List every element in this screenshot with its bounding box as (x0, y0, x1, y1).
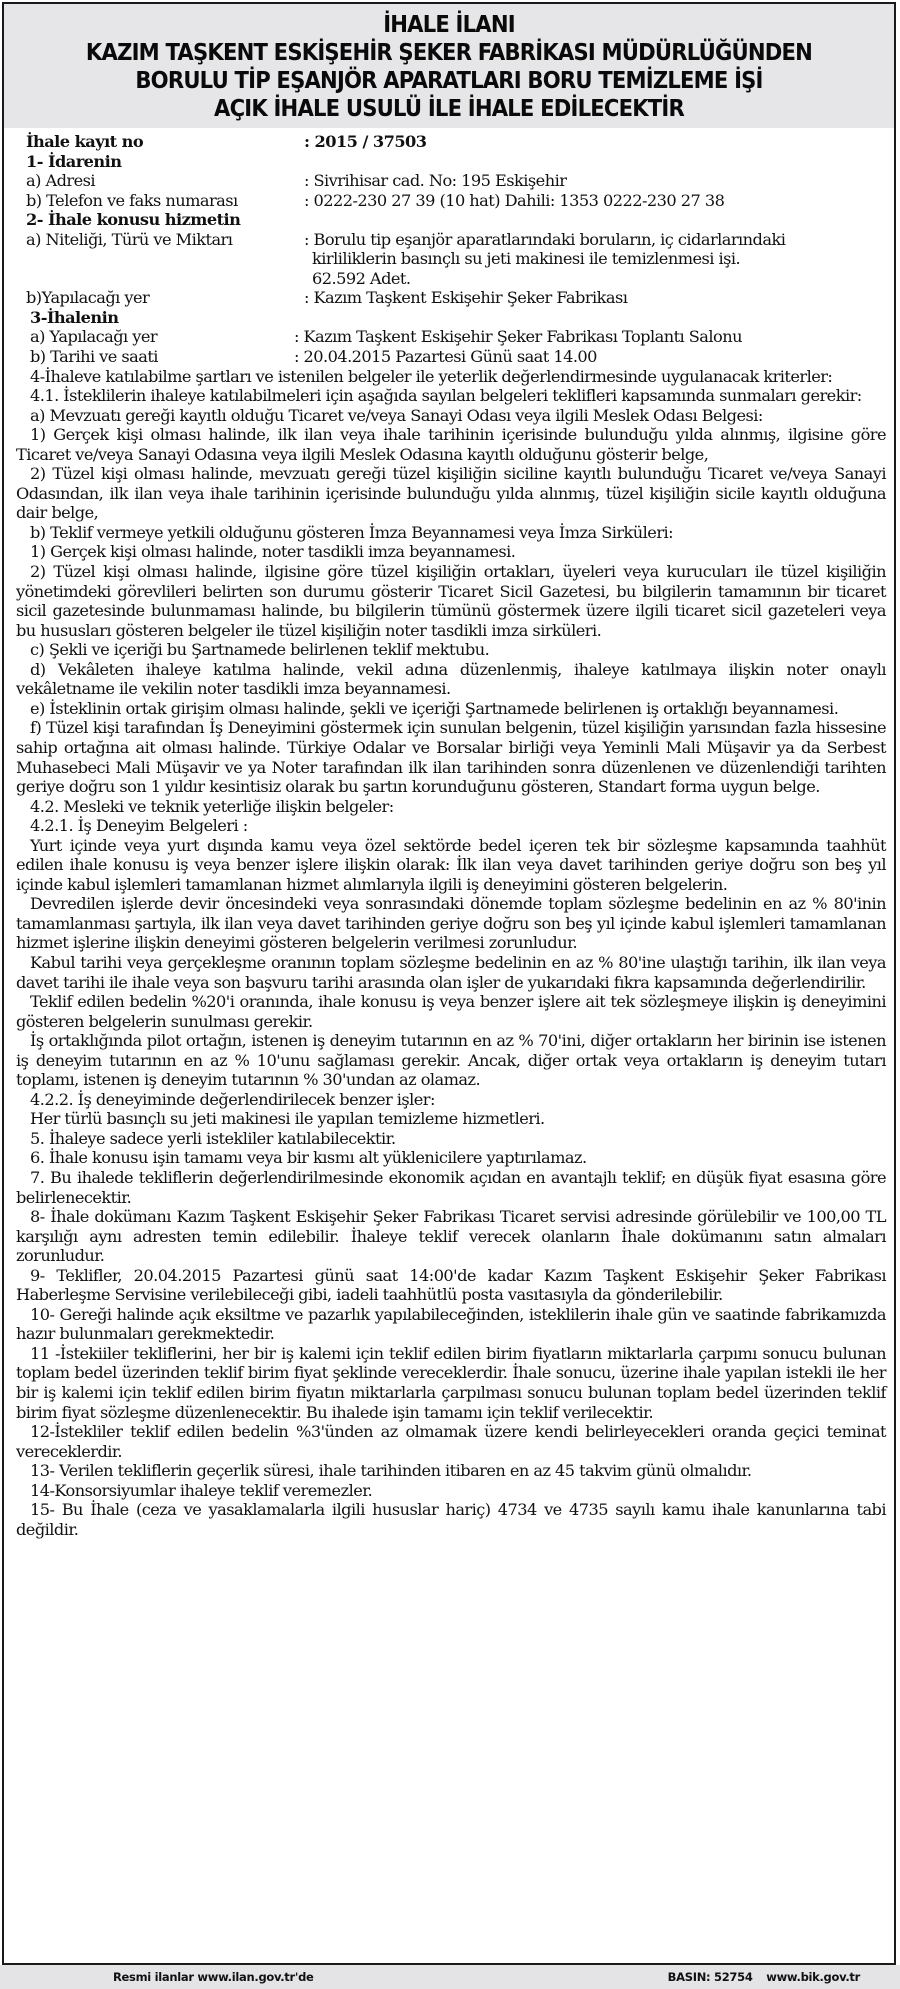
paragraph-4-1-d: d) Vekâleten ihaleye katılma halinde, ve… (16, 660, 886, 699)
footer-basin-code: BASIN: 52754 (668, 1970, 753, 1984)
nature-value-line: 62.592 Adet. (304, 269, 886, 289)
paragraph-10: 10- Gereği halinde açık eksiltme ve paza… (16, 1305, 886, 1344)
paragraph-4-2-2: 4.2.2. İş deneyiminde değerlendirilecek … (16, 1090, 886, 1110)
paragraph-4-1-f: f) Tüzel kişi tarafından İş Deneyimini g… (16, 718, 886, 796)
paragraph-4-1-b: b) Teklif vermeye yetkili olduğunu göste… (16, 523, 886, 543)
paragraph-7: 7. Bu ihalede tekliflerin değerlendirilm… (16, 1168, 886, 1207)
nature-row: a) Niteliği, Türü ve Miktarı : Borulu ti… (16, 230, 886, 289)
footer-ilan-link[interactable]: Resmi ilanlar www.ilan.gov.tr'de (113, 1965, 314, 1989)
nature-value-line: kirliliklerin basınçlı su jeti makinesi … (304, 249, 886, 269)
tender-place-row: a) Yapılacağı yer : Kazım Taşkent Eskişe… (16, 327, 886, 347)
paragraph-4-1-b-2: 2) Tüzel kişi olması halinde, ilgisine g… (16, 562, 886, 640)
work-place-row: b)Yapılacağı yer : Kazım Taşkent Eskişeh… (16, 288, 886, 308)
paragraph-offer-ratio: Teklif edilen bedelin %20'i oranında, ih… (16, 992, 886, 1031)
footer-bar: Resmi ilanlar www.ilan.gov.tr'de BASIN: … (0, 1965, 900, 1989)
phone-row: b) Telefon ve faks numarası : 0222-230 2… (16, 191, 886, 211)
tender-place-value: : Kazım Taşkent Eskişehir Şeker Fabrikas… (294, 327, 886, 347)
section3-title-row: 3-İhalenin (16, 308, 886, 328)
phone-value: : 0222-230 27 39 (10 hat) Dahili: 1353 0… (304, 191, 886, 211)
paragraph-4-2-1: 4.2.1. İş Deneyim Belgeleri : (16, 816, 886, 836)
paragraph-4: 4-İhaleve katılabilme şartları ve isteni… (16, 367, 886, 387)
paragraph-4-1-a-1: 1) Gerçek kişi olması halinde, ilk ilan … (16, 425, 886, 464)
announcement-body: İhale kayıt no : 2015 / 37503 1- İdareni… (4, 128, 894, 1539)
tender-datetime-label: b) Tarihi ve saati (16, 347, 294, 367)
paragraph-5: 5. İhaleye sadece yerli istekliler katıl… (16, 1129, 886, 1149)
registry-row: İhale kayıt no : 2015 / 37503 (16, 132, 886, 152)
paragraph-transferred-works: Devredilen işlerde devir öncesindeki vey… (16, 894, 886, 953)
registry-value: : 2015 / 37503 (304, 132, 886, 152)
paragraph-9: 9- Teklifler, 20.04.2015 Pazartesi günü … (16, 1266, 886, 1305)
announcement-header: İHALE İLANI KAZIM TAŞKENT ESKİŞEHİR ŞEKE… (4, 4, 894, 128)
paragraph-11: 11 -İstekiiler tekliflerini, her bir iş … (16, 1344, 886, 1422)
paragraph-similar-works: Her türlü basınçlı su jeti makinesi ile … (16, 1109, 886, 1129)
section2-title-row: 2- İhale konusu hizmetin (16, 210, 886, 230)
nature-value-line: : Borulu tip eşanjör aparatlarındaki bor… (304, 230, 886, 250)
address-row: a) Adresi : Sivrihisar cad. No: 195 Eski… (16, 171, 886, 191)
header-subject: BORULU TİP EŞANJÖR APARATLARI BORU TEMİZ… (49, 66, 850, 94)
paragraph-13: 13- Verilen tekliflerin geçerlik süresi,… (16, 1461, 886, 1481)
header-title: İHALE İLANI (49, 10, 850, 38)
paragraph-6: 6. İhale konusu işin tamamı veya bir kıs… (16, 1148, 886, 1168)
paragraph-joint-venture: İş ortaklığında pilot ortağın, istenen i… (16, 1031, 886, 1090)
tender-datetime-row: b) Tarihi ve saati : 20.04.2015 Pazartes… (16, 347, 886, 367)
paragraph-8: 8- İhale dokümanı Kazım Taşkent Eskişehi… (16, 1207, 886, 1266)
section1-title-row: 1- İdarenin (16, 152, 886, 172)
phone-label: b) Telefon ve faks numarası (16, 191, 304, 211)
paragraph-experience: Yurt içinde veya yurt dışında kamu veya … (16, 836, 886, 895)
paragraph-4-1-c: c) Şekli ve içeriği bu Şartnamede belirl… (16, 640, 886, 660)
paragraph-acceptance-date: Kabul tarihi veya gerçekleşme oranının t… (16, 953, 886, 992)
paragraph-4-1-e: e) İsteklinin ortak girişim olması halin… (16, 699, 886, 719)
section2-title: 2- İhale konusu hizmetin (16, 210, 240, 230)
nature-label: a) Niteliği, Türü ve Miktarı (16, 230, 304, 289)
paragraph-4-1-a: a) Mevzuatı gereği kayıtlı olduğu Ticare… (16, 406, 886, 426)
address-label: a) Adresi (16, 171, 304, 191)
paragraph-4-2: 4.2. Mesleki ve teknik yeterliğe ilişkin… (16, 797, 886, 817)
paragraph-14: 14-Konsorsiyumlar ihaleye teklif veremez… (16, 1481, 886, 1501)
paragraph-4-1: 4.1. İsteklilerin ihaleye katılabilmeler… (16, 386, 886, 406)
registry-label: İhale kayıt no (16, 132, 304, 152)
header-method: AÇIK İHALE USULÜ İLE İHALE EDİLECEKTİR (49, 94, 850, 122)
nature-value: : Borulu tip eşanjör aparatlarındaki bor… (304, 230, 886, 289)
address-value: : Sivrihisar cad. No: 195 Eskişehir (304, 171, 886, 191)
paragraph-15: 15- Bu İhale (ceza ve yasaklamalarla ilg… (16, 1500, 886, 1539)
section1-title: 1- İdarenin (16, 152, 121, 172)
work-place-label: b)Yapılacağı yer (16, 288, 304, 308)
paragraph-12: 12-İstekliler teklif edilen bedelin %3'ü… (16, 1422, 886, 1461)
paragraph-4-1-a-2: 2) Tüzel kişi olması halinde, mevzuatı g… (16, 464, 886, 523)
section3-title: 3-İhalenin (16, 308, 118, 328)
footer-bik-link[interactable]: www.bik.gov.tr (766, 1970, 860, 1984)
tender-datetime-value: : 20.04.2015 Pazartesi Günü saat 14.00 (294, 347, 886, 367)
header-institution: KAZIM TAŞKENT ESKİŞEHİR ŞEKER FABRİKASI … (49, 38, 850, 66)
work-place-value: : Kazım Taşkent Eskişehir Şeker Fabrikas… (304, 288, 886, 308)
tender-place-label: a) Yapılacağı yer (16, 327, 294, 347)
announcement-frame: İHALE İLANI KAZIM TAŞKENT ESKİŞEHİR ŞEKE… (2, 2, 896, 1965)
footer-right: BASIN: 52754 www.bik.gov.tr (668, 1965, 860, 1989)
paragraph-4-1-b-1: 1) Gerçek kişi olması halinde, noter tas… (16, 542, 886, 562)
